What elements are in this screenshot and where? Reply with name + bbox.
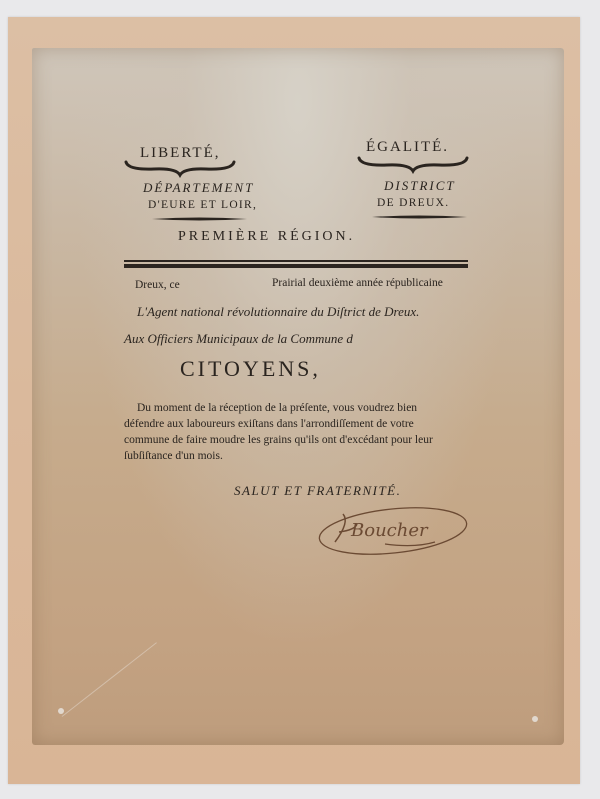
double-rule-bottom: [124, 264, 468, 268]
district-name: DE DREUX.: [377, 197, 449, 209]
pin-hole: [532, 716, 538, 722]
region-title: PREMIÈRE RÉGION.: [178, 229, 355, 245]
dateline-date: Prairial deuxième année républicaine: [272, 277, 443, 289]
department-name: D'EURE ET LOIR,: [148, 199, 257, 211]
signature-text: Boucher: [350, 520, 429, 541]
fold-crease: [62, 642, 157, 717]
district-label: DISTRICT: [384, 178, 456, 194]
motto-egalite: ÉGALITÉ.: [366, 139, 449, 156]
left-tapered-rule: [152, 216, 247, 222]
double-rule-top: [124, 260, 468, 262]
sender-line: L'Agent national révolutionnaire du Diſt…: [137, 304, 419, 320]
body-line-4: ſubſiſtance d'un mois.: [124, 450, 223, 462]
dateline-place: Dreux, ce: [135, 279, 180, 291]
body-line-2: défendre aux laboureurs exiſtans dans l'…: [124, 418, 414, 430]
document-sheet: [32, 48, 564, 745]
body-line-3: commune de faire moudre les grains qu'il…: [124, 434, 433, 446]
signature-flourish: Boucher: [315, 502, 470, 558]
pin-hole: [58, 708, 64, 714]
salutation: CITOYENS,: [180, 356, 321, 382]
right-brace-ornament: [357, 156, 469, 174]
left-brace-ornament: [124, 160, 236, 178]
right-tapered-rule: [372, 214, 467, 220]
body-line-1: Du moment de la réception de la préſente…: [137, 402, 417, 414]
closing: SALUT ET FRATERNITÉ.: [234, 483, 401, 499]
recipient-line: Aux Officiers Municipaux de la Commune d: [124, 331, 353, 347]
department-label: DÉPARTEMENT: [143, 180, 254, 196]
